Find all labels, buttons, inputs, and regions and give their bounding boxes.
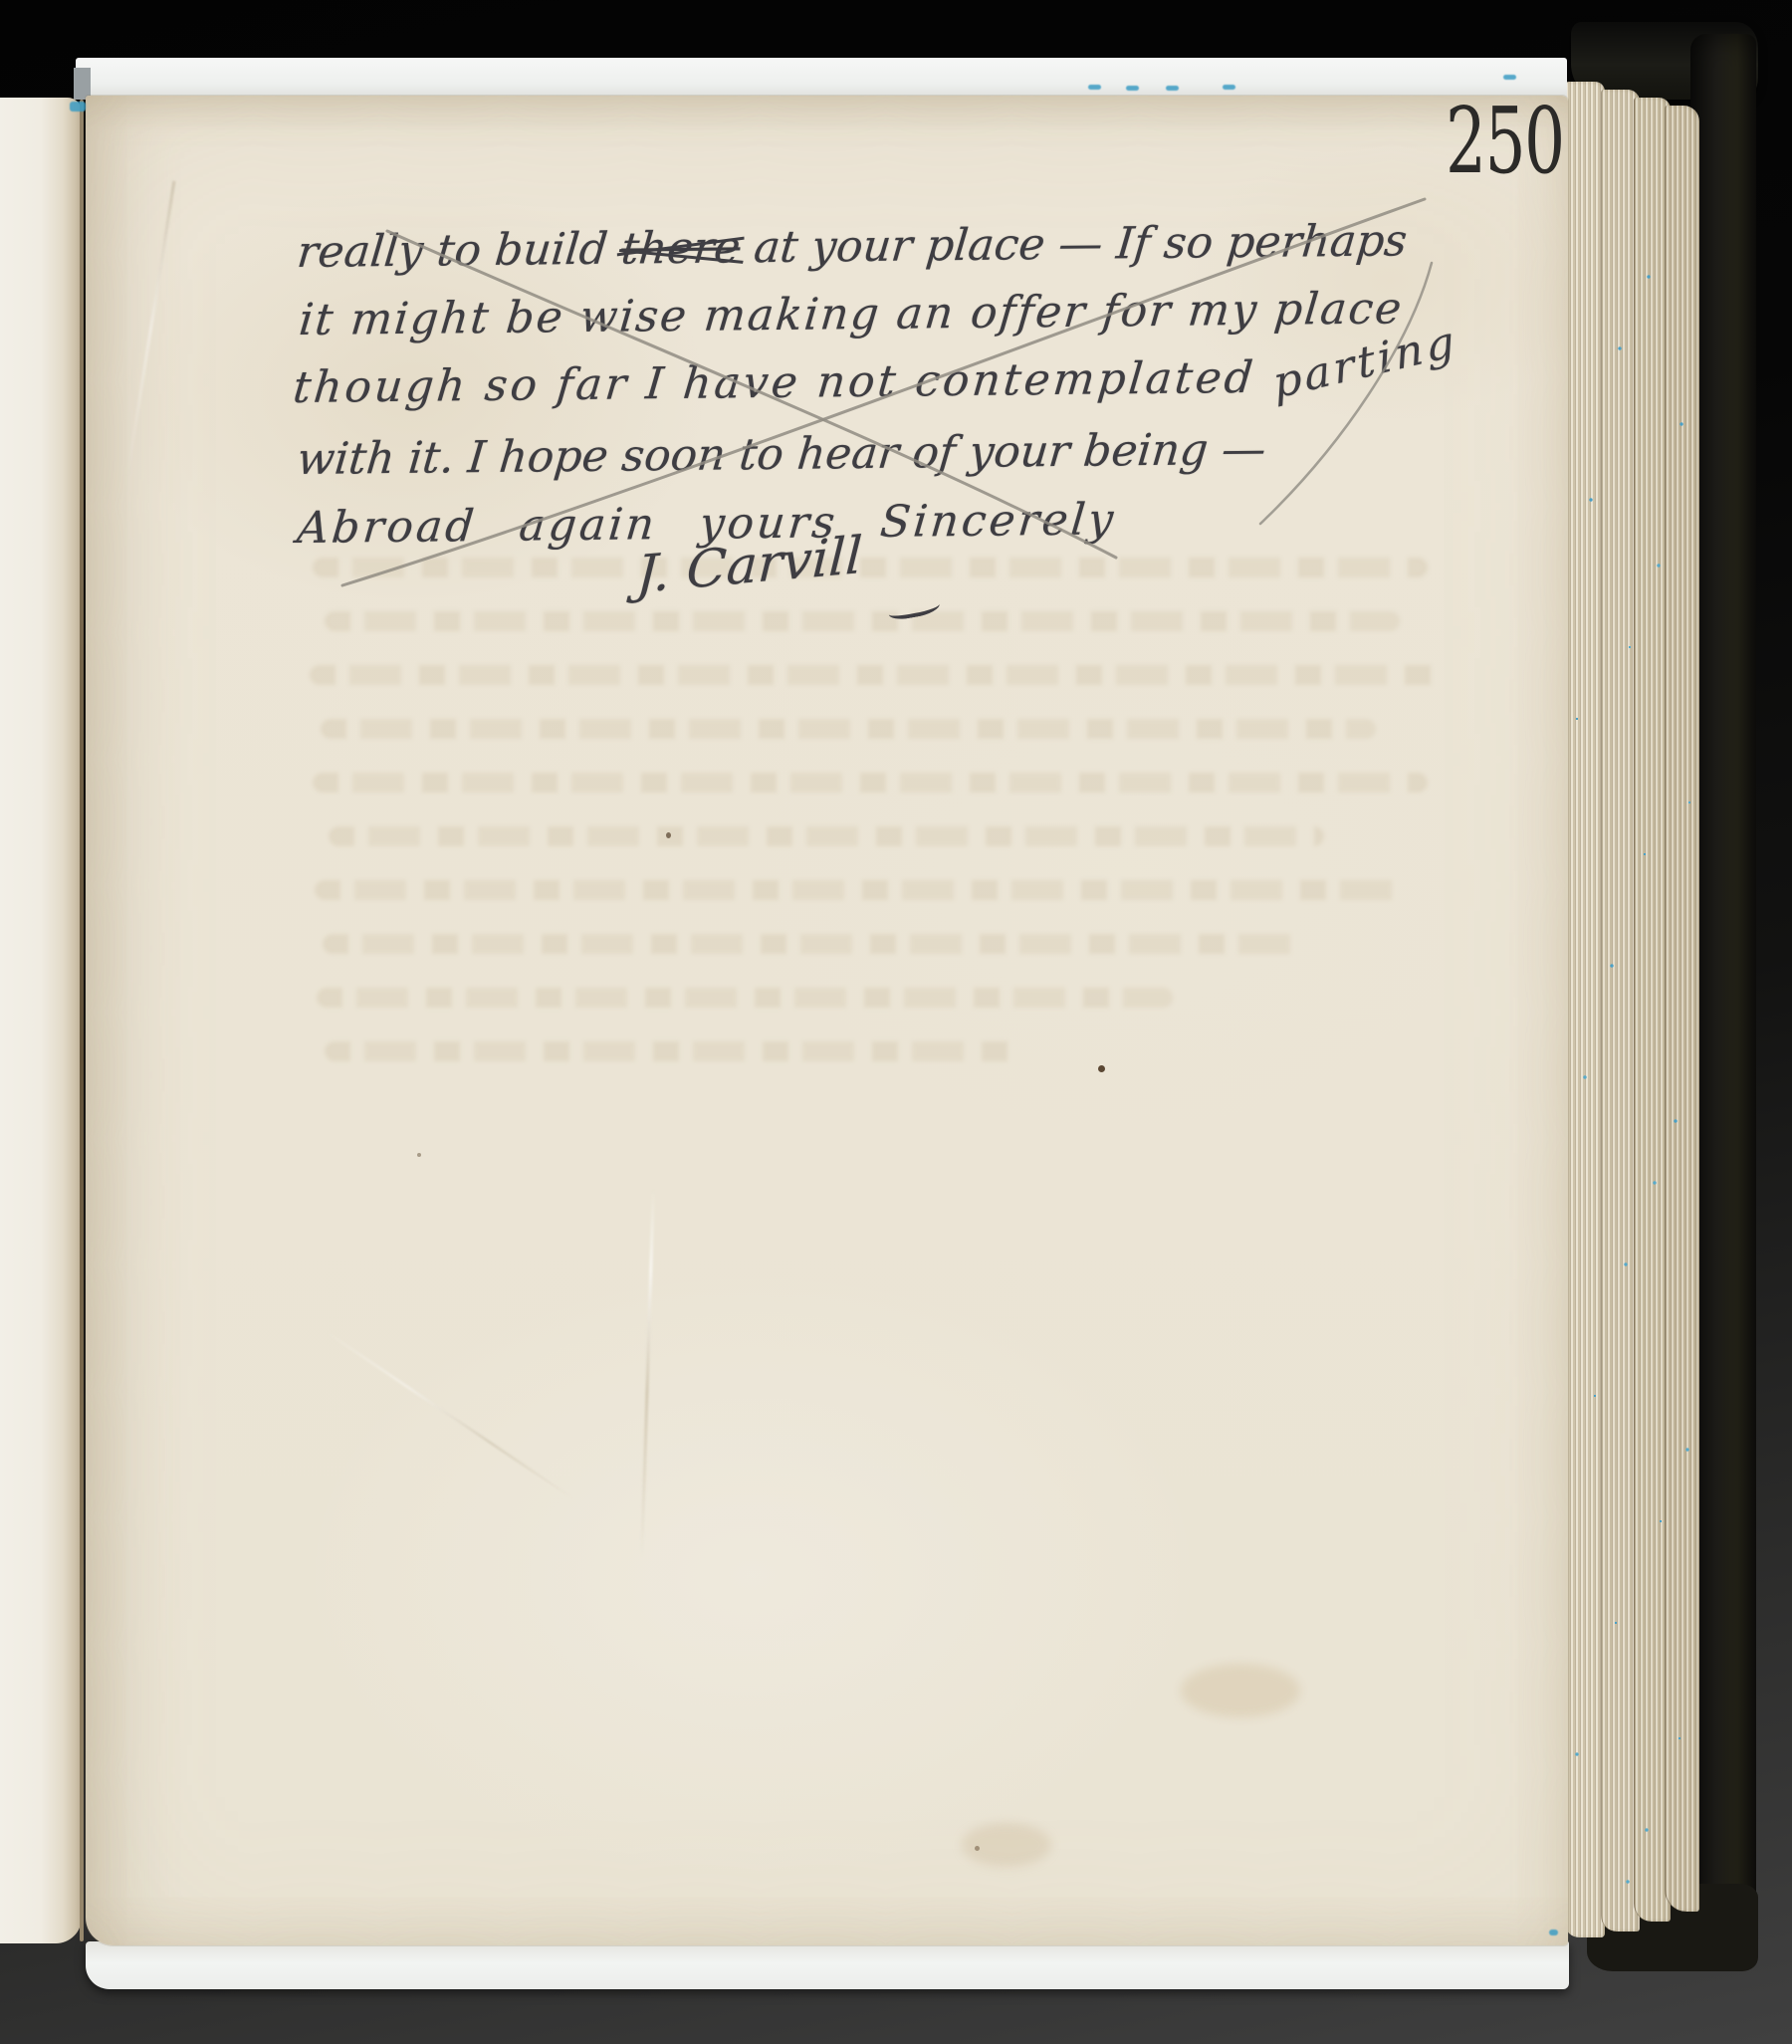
handwritten-line-4: with it. I hope soon to hear of your bei… (295, 424, 1268, 485)
under-page-top-edge (76, 58, 1567, 98)
blue-speckle (70, 102, 86, 112)
blue-speckle (1088, 85, 1101, 90)
blue-speckle (1126, 86, 1139, 91)
gutter-seam (80, 100, 84, 1941)
notebook-page: 250 really to build there at your place … (86, 96, 1568, 1945)
page-crease (325, 1330, 573, 1498)
ink-speck (1098, 1065, 1105, 1072)
paper-stain (1181, 1664, 1300, 1717)
bleed-row (313, 773, 1428, 793)
book-scan: 250 really to build there at your place … (0, 0, 1792, 2044)
blue-speckle (1166, 86, 1179, 91)
handwritten-line-2: it might be wise making an offer for my … (297, 283, 1406, 345)
ink-speck (666, 832, 671, 838)
bleed-row (315, 880, 1400, 900)
page-crease (640, 1190, 655, 1558)
bleed-row (325, 611, 1400, 631)
blue-speckle (1223, 85, 1235, 90)
blue-speckle (1503, 75, 1516, 80)
struck-word: there (619, 222, 743, 274)
bleed-row (323, 934, 1298, 954)
bleed-row (325, 1041, 1021, 1061)
blue-speckle (1549, 1930, 1558, 1935)
page-number: 250 (1446, 88, 1564, 194)
bleed-row (321, 719, 1376, 739)
handwritten-line-1: really to build there at your place — If… (295, 215, 1409, 278)
line1-pre: really to build (295, 224, 623, 278)
bleed-row (317, 988, 1173, 1008)
line3-pre: though so far I have not contemplated (291, 352, 1274, 413)
paper-stain (962, 1823, 1051, 1867)
bleed-row (313, 558, 1428, 577)
page-edge-band (1565, 82, 1605, 1937)
page-edge-band (1665, 106, 1699, 1912)
ink-speck (417, 1153, 421, 1157)
book-cover-right-edge (1690, 34, 1756, 1965)
bleed-row (329, 826, 1324, 846)
page-crease (126, 181, 176, 477)
facing-page (0, 98, 82, 1943)
handwritten-line-3: though so far I have not contemplated pa… (291, 350, 1458, 413)
under-page-bottom-edge (86, 1941, 1569, 1989)
line1-post: at your place — If so perhaps (738, 215, 1410, 273)
bleed-row (310, 665, 1445, 685)
